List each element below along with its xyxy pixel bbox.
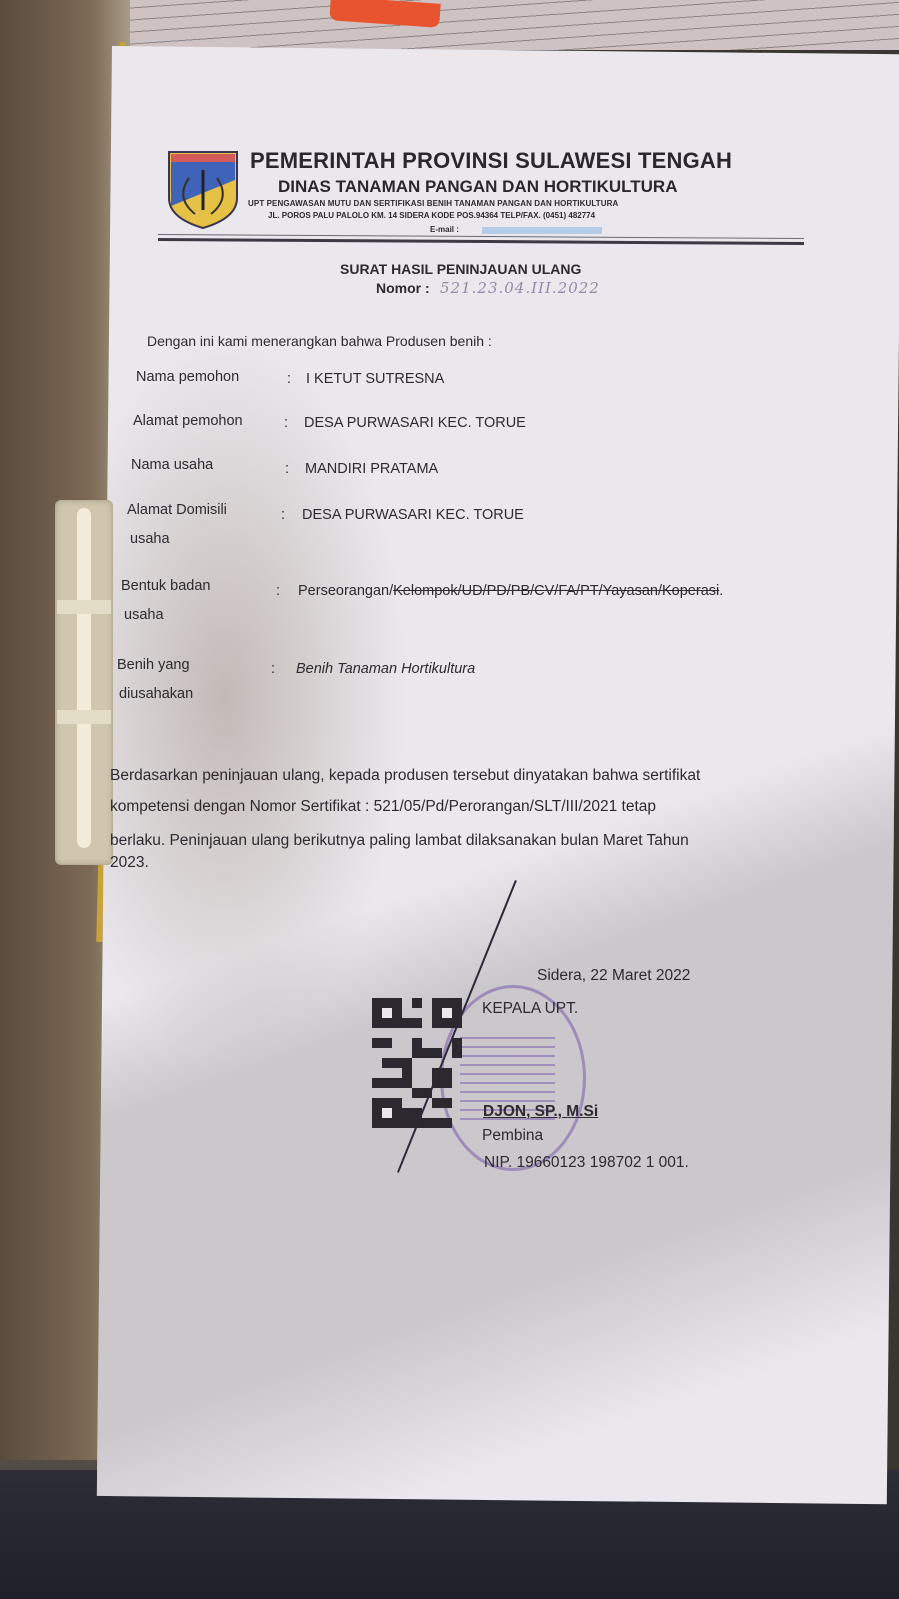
province-emblem-icon	[165, 148, 241, 230]
field-value-business-domicile: DESA PURWASARI KEC. TORUE	[302, 507, 524, 523]
document-title: SURAT HASIL PENINJAUAN ULANG	[340, 261, 581, 277]
field-colon: :	[281, 507, 285, 523]
business-form-selected: Perseorangan/	[298, 583, 393, 599]
letterhead-address: JL. POROS PALU PALOLO KM. 14 SIDERA KODE…	[268, 211, 595, 220]
field-label-applicant-address: Alamat pemohon	[133, 413, 243, 429]
signature-place-date: Sidera, 22 Maret 2022	[537, 967, 690, 985]
field-value-business-name: MANDIRI PRATAMA	[305, 461, 438, 477]
signature-nip: NIP. 19660123 198702 1 001.	[484, 1154, 689, 1172]
field-colon: :	[284, 415, 288, 431]
field-label-business-domicile-2: usaha	[130, 531, 170, 547]
field-colon: :	[271, 661, 275, 677]
field-value-applicant-name: I KETUT SUTRESNA	[306, 371, 444, 387]
field-label-business-form: Bentuk badan	[121, 578, 211, 594]
body-line-4: 2023.	[110, 848, 850, 878]
field-value-applicant-address: DESA PURWASARI KEC. TORUE	[304, 415, 526, 431]
field-colon: :	[285, 461, 289, 477]
document-number-label: Nomor :	[376, 280, 430, 296]
body-line-2: kompetensi dengan Nomor Sertifikat : 521…	[110, 792, 850, 822]
field-colon: :	[276, 583, 280, 599]
letterhead-email-link[interactable]	[482, 227, 602, 234]
field-value-seed-type: Benih Tanaman Hortikultura	[296, 661, 475, 677]
letterhead-rule	[158, 238, 804, 245]
signature-rank: Pembina	[482, 1127, 543, 1145]
business-form-end: .	[719, 583, 723, 599]
qr-code-icon	[372, 997, 462, 1129]
field-value-business-form: Perseorangan/Kelompok/UD/PD/PB/CV/FA/PT/…	[298, 583, 723, 599]
field-label-seed-type-2: diusahakan	[119, 686, 193, 702]
document-intro: Dengan ini kami menerangkan bahwa Produs…	[147, 333, 492, 349]
signature-name: DJON, SP., M.Si	[483, 1103, 598, 1121]
signature-position: KEPALA UPT.	[482, 1000, 578, 1018]
document-number-handwritten: 521.23.04.III.2022	[440, 279, 600, 297]
field-label-applicant-name: Nama pemohon	[136, 369, 239, 385]
body-line-1: Berdasarkan peninjauan ulang, kepada pro…	[110, 761, 850, 791]
field-label-business-name: Nama usaha	[131, 457, 213, 473]
letterhead-department: DINAS TANAMAN PANGAN DAN HORTIKULTURA	[278, 177, 677, 197]
letterhead-email-label: E-mail :	[430, 225, 459, 234]
document: PEMERINTAH PROVINSI SULAWESI TENGAH DINA…	[0, 0, 899, 1599]
field-label-business-domicile: Alamat Domisili	[127, 502, 227, 518]
field-label-seed-type: Benih yang	[117, 657, 190, 673]
letterhead-government: PEMERINTAH PROVINSI SULAWESI TENGAH	[250, 148, 732, 174]
letterhead-unit: UPT PENGAWASAN MUTU DAN SERTIFIKASI BENI…	[248, 199, 618, 208]
field-colon: :	[287, 371, 291, 387]
field-label-business-form-2: usaha	[124, 607, 164, 623]
business-form-struck-options: Kelompok/UD/PD/PB/CV/FA/PT/Yayasan/Koper…	[393, 583, 719, 599]
